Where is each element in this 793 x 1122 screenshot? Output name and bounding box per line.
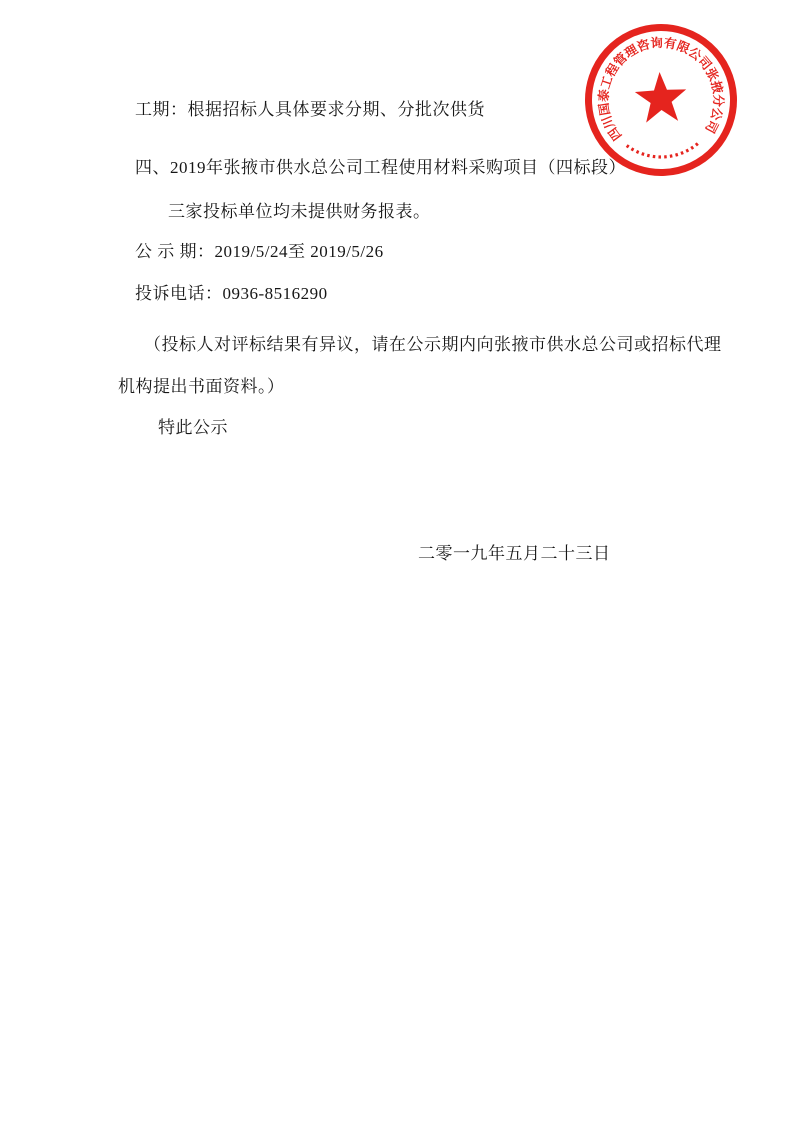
seal-serial-marks [627, 142, 701, 159]
line-complaint-phone: 投诉电话：0936-8516290 [135, 283, 328, 305]
line-delivery-period: 工期：根据招标人具体要求分期、分批次供货 [135, 99, 485, 121]
line-hereby-announced: 特此公示 [158, 417, 228, 439]
line-section4-heading: 四、2019年张掖市供水总公司工程使用材料采购项目（四标段） [135, 157, 626, 179]
document-page: 工期：根据招标人具体要求分期、分批次供货 四、2019年张掖市供水总公司工程使用… [0, 0, 793, 1122]
seal-company-name-text: 四川国泰工程管理咨询有限公司张掖分公司 [592, 32, 728, 144]
star-icon [634, 71, 688, 123]
line-date: 二零一九年五月二十三日 [418, 543, 611, 565]
line-section4-note: 三家投标单位均未提供财务报表。 [168, 201, 431, 223]
line-objection-note-2: 机构提出书面资料。） [118, 376, 285, 398]
seal-ring [585, 24, 737, 176]
line-objection-note-1: （投标人对评标结果有异议，请在公示期内向张掖市供水总公司或招标代理 [144, 334, 722, 356]
line-publicity-period: 公 示 期：2019/5/24至 2019/5/26 [135, 241, 384, 263]
